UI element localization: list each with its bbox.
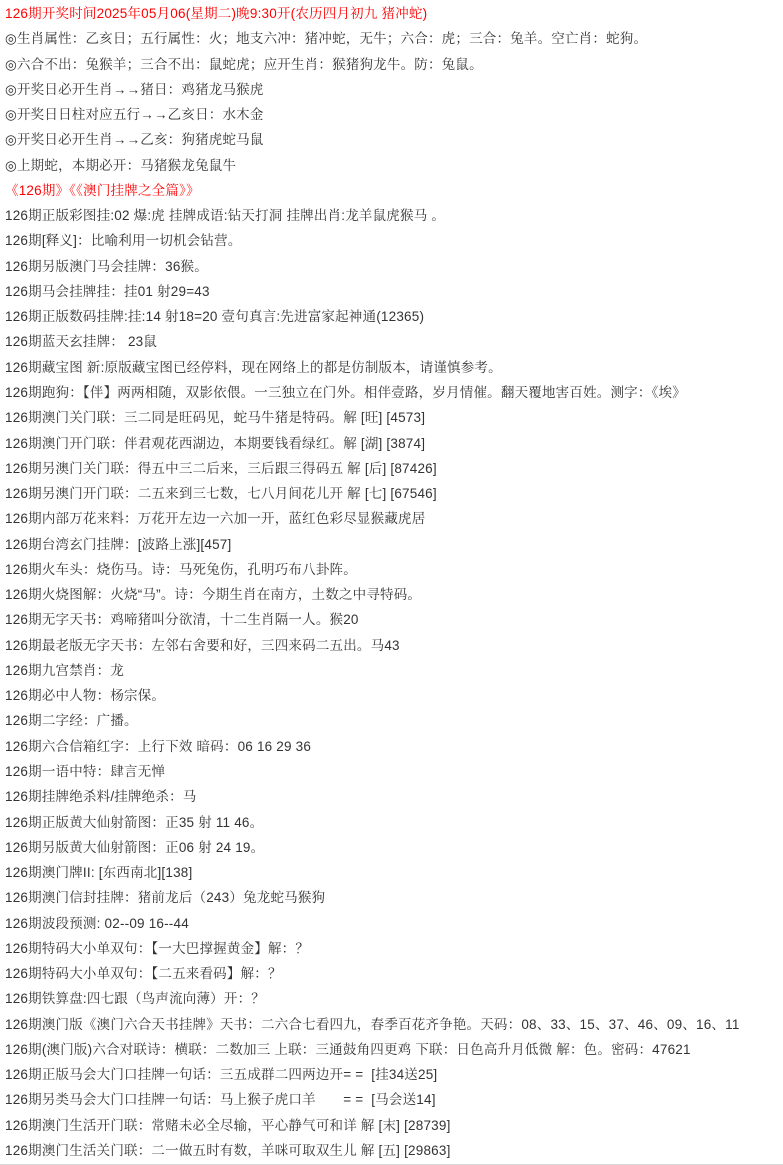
text-line: 126期波段预测: 02--09 16--44 xyxy=(5,911,783,936)
text-line: ◎六合不出：兔猴羊；三合不出：鼠蛇虎；应开生肖：猴猪狗龙牛。防：兔鼠。 xyxy=(5,52,783,77)
text-line: 126期正版数码挂牌:挂:14 射18=20 壹句真言:先进富家起神通(1236… xyxy=(5,304,783,329)
text-line: 126期澳门关门联：三二同是旺码见，蛇马牛猪是特码。解 [旺] [4573] xyxy=(5,405,783,430)
text-line: 126期二字经：广播。 xyxy=(5,708,783,733)
text-line: 126期火烧图解：火烧“马”。诗：今期生肖在南方，土数之中寻特码。 xyxy=(5,582,783,607)
text-line: 126期(澳门版)六合对联诗：横联：二数加三 上联：三通鼓角四更鸡 下联：日色高… xyxy=(5,1037,783,1062)
text-line: 126期藏宝图 新:原版藏宝图已经停料，现在网络上的都是仿制版本，请谨慎参考。 xyxy=(5,355,783,380)
text-line: 126期蓝天玄挂牌： 23鼠 xyxy=(5,329,783,354)
text-line: 126期特码大小单双句：【二五来看码】解：？ xyxy=(5,961,783,986)
text-line: 126期澳门开门联：伴君观花西湖边，本期要钱看绿红。解 [湖] [3874] xyxy=(5,431,783,456)
highlight-text-line: 《126期》《《澳门挂牌之全篇》》 xyxy=(5,178,783,203)
text-line: 126期九宫禁肖：龙 xyxy=(5,658,783,683)
text-line: ◎开奖日必开生肖→→乙亥：狗猪虎蛇马鼠 xyxy=(5,127,783,152)
text-line: 126期六合信箱红字：上行下效 暗码：06 16 29 36 xyxy=(5,734,783,759)
text-line: 126期正版马会大门口挂牌一句话：三五成群二四两边开= = [挂34送25] xyxy=(5,1062,783,1087)
text-line: 126期另澳门关门联：得五中三二后来，三后跟三得码五 解 [后] [87426] xyxy=(5,456,783,481)
text-line: 126期澳门版《澳门六合天书挂牌》天书：二六合七看四九，春季百花齐争艳。天码：0… xyxy=(5,1012,783,1037)
text-line: ◎开奖日日柱对应五行→→乙亥日：水木金 xyxy=(5,102,783,127)
text-line: 126期澳门信封挂牌：猪前龙后（243）兔龙蛇马猴狗 xyxy=(5,885,783,910)
text-line: 126期一语中特：肆言无惮 xyxy=(5,759,783,784)
text-line: 126期无字天书：鸡啼猪叫分欲清，十二生肖隔一人。猴20 xyxy=(5,607,783,632)
text-lines-container: 126期开奖时间2025年05月06(星期二)晚9:30开(农历四月初九 猪冲蛇… xyxy=(5,1,783,1163)
text-line: 126期必中人物：杨宗保。 xyxy=(5,683,783,708)
text-line: 126期挂牌绝杀料/挂牌绝杀：马 xyxy=(5,784,783,809)
text-line: 126期特码大小单双句：【一大巴撑握黄金】解：？ xyxy=(5,936,783,961)
text-line: 126期另类马会大门口挂牌一句话：马上猴子虎口羊 = = [马会送14] xyxy=(5,1087,783,1112)
text-line: 126期正版彩图挂:02 爆:虎 挂牌成语:钻天打洞 挂牌出肖:龙羊鼠虎猴马 。 xyxy=(5,203,783,228)
text-line: 126期澳门牌II: [东西南北][138] xyxy=(5,860,783,885)
text-line: 126期最老版无字天书：左邻右舍要和好，三四来码二五出。马43 xyxy=(5,633,783,658)
text-line: 126期马会挂牌挂：挂01 射29=43 xyxy=(5,279,783,304)
text-line: 126期[释义]：比喻利用一切机会钻营。 xyxy=(5,228,783,253)
text-line: 126期另版黄大仙射箭图：正06 射 24 19。 xyxy=(5,835,783,860)
text-line: 126期澳门生活开门联：常赌未必全尽输，平心静气可和详 解 [末] [28739… xyxy=(5,1113,783,1138)
text-line: 126期内部万花来料：万花开左边一六加一开，蓝红色彩尽显猴藏虎居 xyxy=(5,506,783,531)
text-line: ◎开奖日必开生肖→→猪日：鸡猪龙马猴虎 xyxy=(5,77,783,102)
highlight-text-line: 126期开奖时间2025年05月06(星期二)晚9:30开(农历四月初九 猪冲蛇… xyxy=(5,1,783,26)
text-line: 126期火车头：烧伤马。诗：马死兔伤，孔明巧布八卦阵。 xyxy=(5,557,783,582)
text-line: 126期正版黄大仙射箭图：正35 射 11 46。 xyxy=(5,810,783,835)
text-line: 126期另版澳门马会挂牌：36猴。 xyxy=(5,254,783,279)
text-line: 126期澳门生活关门联：二一做五时有数，羊咪可取双生儿 解 [五] [29863… xyxy=(5,1138,783,1163)
text-line: ◎上期蛇，本期必开：马猪猴龙兔鼠牛 xyxy=(5,153,783,178)
lottery-info-page: 126期开奖时间2025年05月06(星期二)晚9:30开(农历四月初九 猪冲蛇… xyxy=(0,0,783,1165)
text-line: 126期台湾玄门挂牌：[波路上涨][457] xyxy=(5,532,783,557)
text-line: ◎生肖属性：乙亥日；五行属性：火；地支六冲：猪冲蛇，无牛；六合：虎；三合：兔羊。… xyxy=(5,26,783,51)
text-line: 126期铁算盘:四七跟（鸟声流向薄）开：？ xyxy=(5,986,783,1011)
text-line: 126期跑狗：【伴】两两相随，双影依偎。一三独立在门外。相伴壹路，岁月情催。翻天… xyxy=(5,380,783,405)
text-line: 126期另澳门开门联：二五来到三七数，七八月间花儿开 解 [七] [67546] xyxy=(5,481,783,506)
